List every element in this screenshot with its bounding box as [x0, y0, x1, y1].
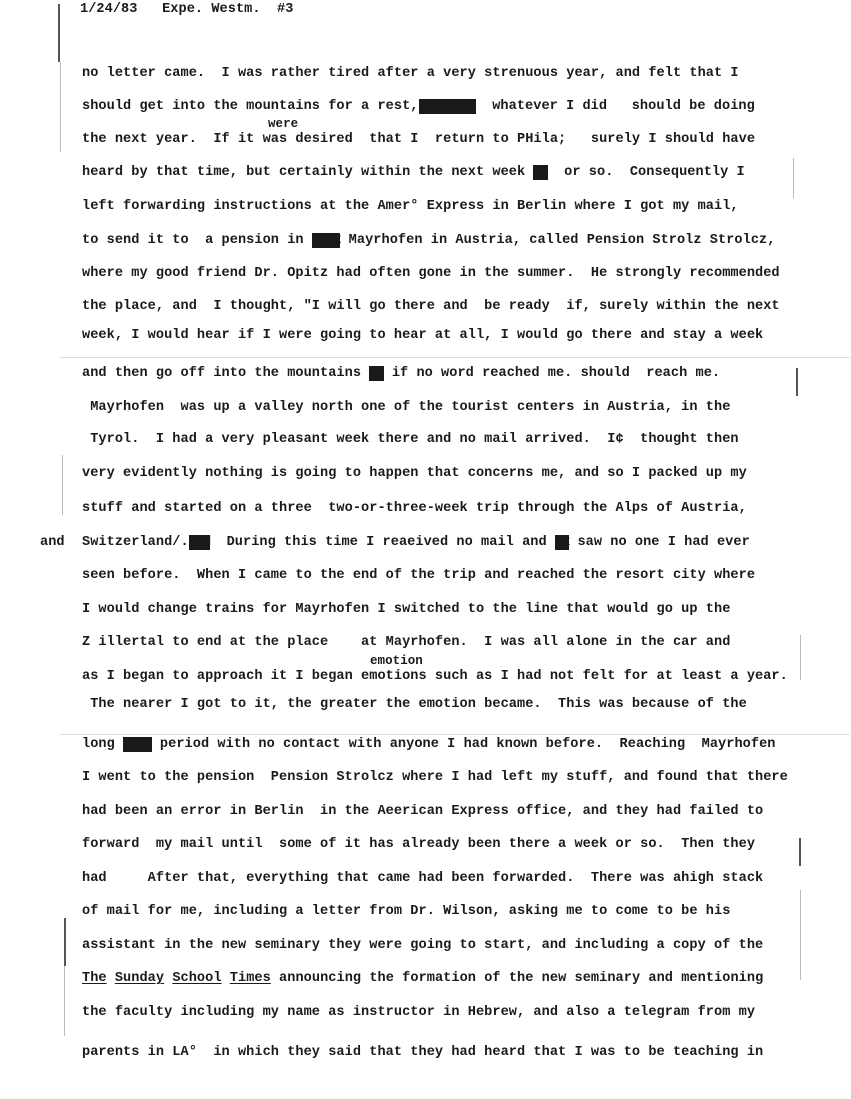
text-line-19: as I began to approach it I began emotio…: [82, 669, 788, 685]
text-line-2: should get into the mountains for a rest…: [82, 99, 755, 115]
margin-line-mid-faint: [62, 455, 63, 515]
text-line-5: left forwarding instructions at the Amer…: [82, 199, 739, 215]
struck-text: pxtx: [123, 737, 152, 752]
text-segment: if no word reached me. should reach me.: [384, 366, 721, 381]
text-line-30: parents in LA° in which they said that t…: [82, 1045, 763, 1061]
struck-text: xx: [555, 535, 569, 550]
text-line-24: forward my mail until some of it has alr…: [82, 837, 755, 853]
text-segment: and then go off into the mountains: [82, 366, 361, 381]
text-line-3: the next year. If it was desired that I …: [82, 132, 755, 148]
interlinear-insert-emotion: emotion: [370, 653, 423, 669]
text-line-14: stuff and started on a three two-or-thre…: [82, 501, 747, 517]
text-segment: to send it to a pension in: [82, 233, 304, 248]
text-segment: Switzerland/.: [82, 535, 189, 550]
scan-line-1: [60, 357, 850, 358]
text-line-12: Tyrol. I had a very pleasant week there …: [82, 432, 739, 448]
text-line-1: no letter came. I was rather tired after…: [82, 66, 739, 82]
text-line-4: heard by that time, but certainly within…: [82, 165, 745, 181]
text-line-7: where my good friend Dr. Opitz had often…: [82, 266, 780, 282]
text-line-27: assistant in the new seminary they were …: [82, 938, 763, 954]
struck-text: mf: [533, 165, 547, 180]
text-line-25: had After that, everything that came had…: [82, 871, 763, 887]
text-segment: period with no contact with anyone I had…: [152, 737, 776, 752]
right-mark-4: [799, 838, 801, 866]
text-line-26: of mail for me, including a letter from …: [82, 904, 730, 920]
struck-text: and: [189, 535, 210, 550]
right-mark-1: [793, 158, 794, 198]
text-line-10: and then go off into the mountains wt if…: [82, 366, 720, 382]
publication-title-word: Times: [230, 971, 271, 986]
struck-text: wt: [369, 366, 383, 381]
margin-line-top-faint: [60, 62, 61, 152]
text-line-29: the faculty including my name as instruc…: [82, 1005, 755, 1021]
right-mark-5: [800, 890, 801, 980]
text-line-8: the place, and I thought, "I will go the…: [82, 299, 780, 315]
right-mark-2: [796, 368, 798, 396]
margin-line-top: [58, 4, 60, 62]
document-page: 1/24/83 Expe. Westm. #3 no letter came. …: [0, 0, 851, 1099]
text-segment: During this time I reaeived no mail and: [210, 535, 555, 550]
text-line-17: I would change trains for Mayrhofen I sw…: [82, 602, 730, 618]
text-line-21: long pxtx period with no contact with an…: [82, 737, 775, 753]
text-segment: or so. Consequently I: [548, 165, 745, 180]
struck-text: Mayx: [312, 233, 341, 248]
text-line-18: Z illertal to end at the place at Mayrho…: [82, 635, 730, 651]
text-segment: whatever I did should be doing: [476, 99, 755, 114]
text-line-22: I went to the pension Pension Strolcz wh…: [82, 770, 788, 786]
text-line-13: very evidently nothing is going to happe…: [82, 466, 747, 482]
interlinear-insert-were: were: [268, 116, 298, 132]
text-segment: should get into the mountains for a rest…: [82, 99, 419, 114]
text-line-6: to send it to a pension in Mayx Mayrhofe…: [82, 233, 775, 249]
text-line-20: The nearer I got to it, the greater the …: [82, 697, 747, 713]
margin-line-bottom-faint: [64, 966, 65, 1036]
text-segment: Mayrhofen in Austria, called Pension Str…: [340, 233, 775, 248]
text-segment: announcing the formation of the new semi…: [271, 971, 763, 986]
text-segment: heard by that time, but certainly within…: [82, 165, 525, 180]
text-line-15: Switzerland/.and During this time I reae…: [82, 535, 750, 551]
right-mark-3: [800, 635, 801, 680]
margin-line-bottom: [64, 918, 66, 966]
text-line-11: Mayrhofen was up a valley north one of t…: [82, 400, 730, 416]
text-segment: saw no one I had ever: [569, 535, 750, 550]
text-line-23: had been an error in Berlin in the Aeeri…: [82, 804, 763, 820]
publication-title-word: School: [172, 971, 221, 986]
text-line-16: seen before. When I came to the end of t…: [82, 568, 755, 584]
scan-line-2: [60, 734, 850, 735]
margin-note-and: and: [40, 535, 65, 551]
text-segment: long: [82, 737, 115, 752]
struck-text: x Whatmx: [419, 99, 476, 114]
publication-title-word: Sunday: [115, 971, 164, 986]
publication-title-word: The: [82, 971, 107, 986]
text-line-28: The Sunday School Times announcing the f…: [82, 971, 763, 987]
header-line: 1/24/83 Expe. Westm. #3: [80, 2, 293, 18]
text-line-9: week, I would hear if I were going to he…: [82, 328, 763, 344]
